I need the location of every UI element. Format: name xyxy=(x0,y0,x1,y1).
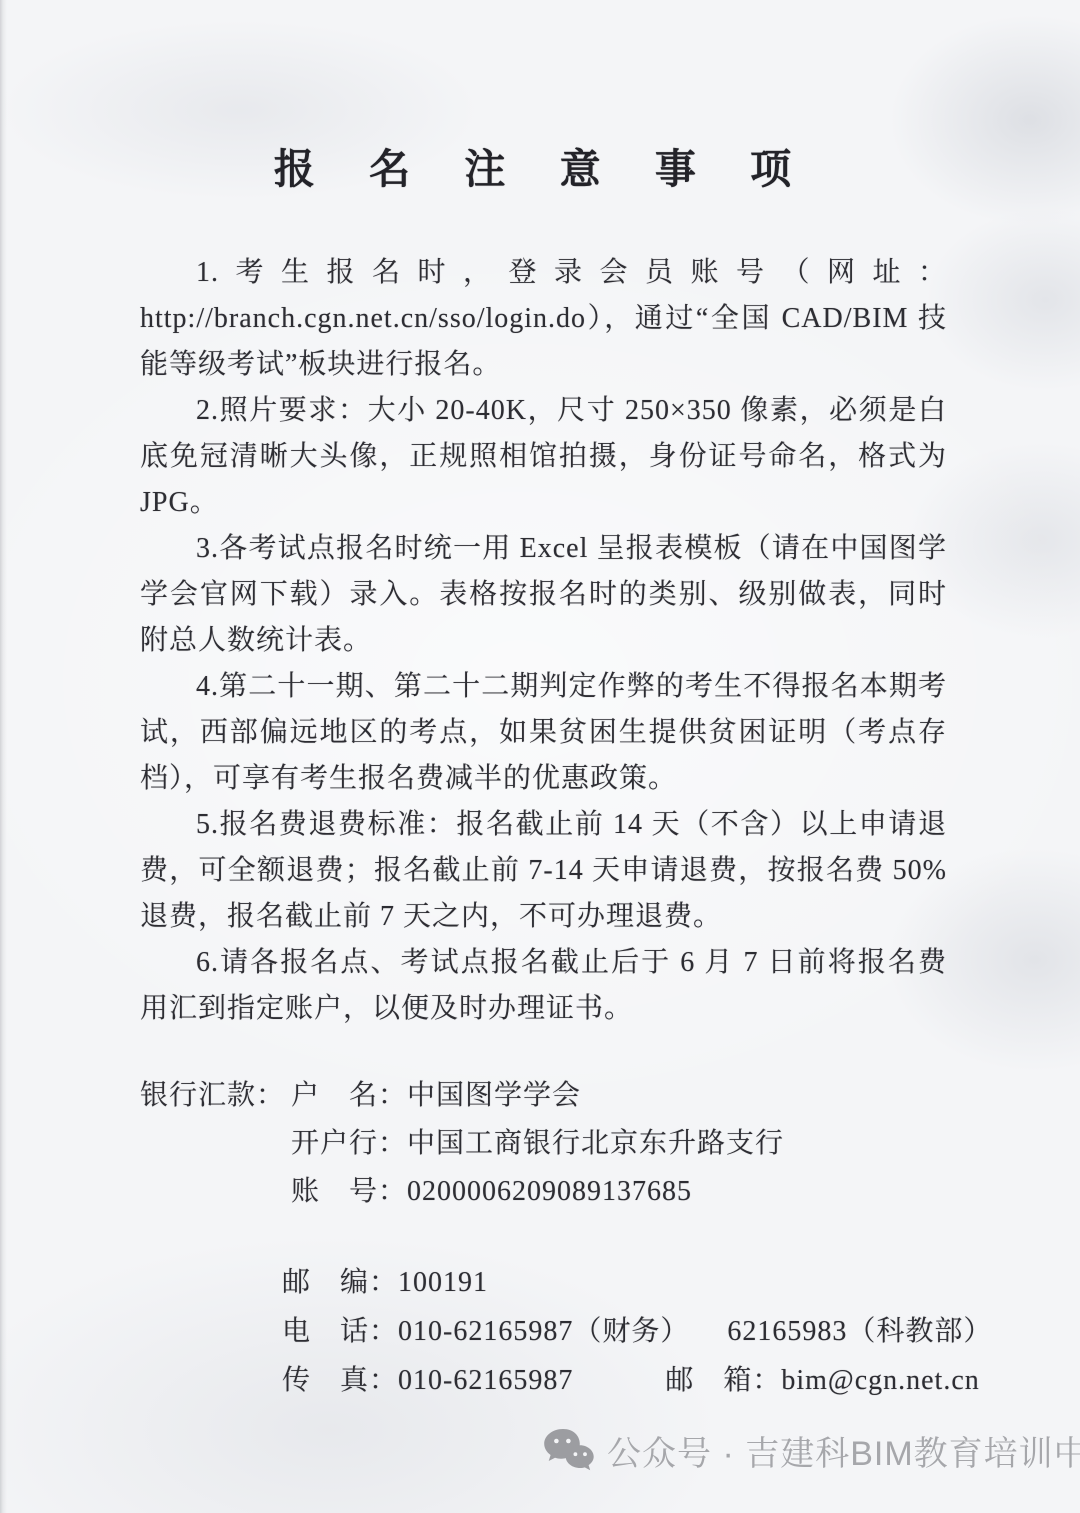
note-item-2: 2.照片要求：大小 20-40K，尺寸 250×350 像素，必须是白底免冠清晰… xyxy=(140,388,947,526)
phone-finance-value: 010-62165987（财务） xyxy=(398,1316,689,1347)
postal-code-row: 邮 编：100191 xyxy=(282,1258,947,1307)
wechat-watermark-text: 公众号 · 吉建科BIM教育培训中心 xyxy=(607,1426,1080,1475)
fax-value: 010-62165987 xyxy=(398,1365,573,1396)
bank-remittance-section: 银行汇款： 户 名：中国图学学会 开户行：中国工商银行北京东升路支行 账 号：0… xyxy=(140,1072,947,1216)
document-body: 报 名 注 意 事 项 1.考生报名时，登录会员账号（网址：http://bra… xyxy=(140,0,947,1405)
note-item-4: 4.第二十一期、第二十二期判定作弊的考生不得报名本期考试，西部偏远地区的考点，如… xyxy=(140,664,947,802)
note-item-5: 5.报名费退费标准：报名截止前 14 天（不含）以上申请退费，可全额退费；报名截… xyxy=(140,802,947,940)
account-name-value: 中国图学学会 xyxy=(407,1080,581,1111)
bank-account-number-row: 账 号：0200006209089137685 xyxy=(291,1168,784,1216)
postal-code-label: 邮 编： xyxy=(282,1267,398,1298)
notes-section: 1.考生报名时，登录会员账号（网址：http://branch.cgn.net.… xyxy=(140,250,947,1032)
account-number-value: 0200006209089137685 xyxy=(407,1176,692,1207)
scanned-document-page: 报 名 注 意 事 项 1.考生报名时，登录会员账号（网址：http://bra… xyxy=(0,0,1080,1513)
fax-email-row: 传 真：010-62165987邮 箱：bim@cgn.net.cn xyxy=(282,1356,947,1405)
bank-branch-row: 开户行：中国工商银行北京东升路支行 xyxy=(291,1120,784,1168)
contact-section: 邮 编：100191 电 话：010-62165987（财务）62165983（… xyxy=(282,1258,947,1405)
note-item-1: 1.考生报名时，登录会员账号（网址：http://branch.cgn.net.… xyxy=(140,250,947,388)
bank-detail-rows: 户 名：中国图学学会 开户行：中国工商银行北京东升路支行 账 号：0200006… xyxy=(291,1072,784,1216)
bank-section-label: 银行汇款： xyxy=(140,1072,285,1120)
note-item-3: 3.各考试点报名时统一用 Excel 呈报表模板（请在中国图学学会官网下载）录入… xyxy=(140,526,947,664)
fax-label: 传 真： xyxy=(282,1365,398,1396)
bank-account-name-row: 户 名：中国图学学会 xyxy=(291,1072,784,1120)
email-value: bim@cgn.net.cn xyxy=(781,1365,979,1396)
account-name-label: 户 名： xyxy=(291,1080,407,1111)
email-pair: 邮 箱：bim@cgn.net.cn xyxy=(665,1365,979,1396)
bank-branch-value: 中国工商银行北京东升路支行 xyxy=(407,1128,784,1159)
phone-row: 电 话：010-62165987（财务）62165983（科教部） xyxy=(282,1307,947,1356)
wechat-watermark: 公众号 · 吉建科BIM教育培训中心 xyxy=(543,1426,1080,1475)
bank-branch-label: 开户行： xyxy=(291,1128,407,1159)
wechat-icon xyxy=(543,1428,595,1474)
postal-code-value: 100191 xyxy=(398,1267,488,1298)
phone-education-value: 62165983（科教部） xyxy=(727,1316,992,1347)
email-label: 邮 箱： xyxy=(665,1365,781,1396)
note-item-6: 6.请各报名点、考试点报名截止后于 6 月 7 日前将报名费用汇到指定账户，以便… xyxy=(140,940,947,1032)
phone-label: 电 话： xyxy=(282,1316,398,1347)
account-number-label: 账 号： xyxy=(291,1176,407,1207)
page-title: 报 名 注 意 事 项 xyxy=(140,138,947,200)
